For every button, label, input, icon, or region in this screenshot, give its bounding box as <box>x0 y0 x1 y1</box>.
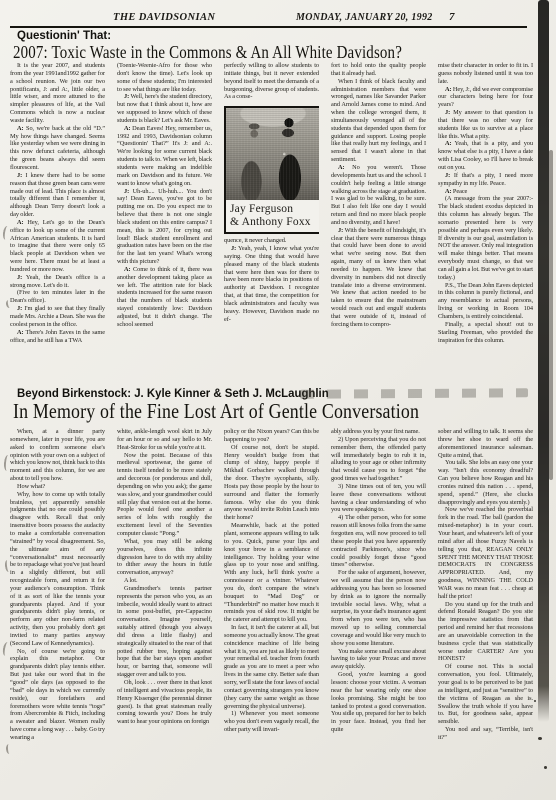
article2-column-5: sober and willing to talk. It seems she … <box>438 428 533 790</box>
paragraph: A: Dean Eaves! Hey, remember us, 1992 an… <box>117 125 212 188</box>
paragraph: 3) Nine times out of ten, you will leave… <box>331 483 426 514</box>
paragraph: Finally, a special shout! out to Starlin… <box>438 321 533 345</box>
paragraph: A: Hey, Let's go to the Dean's office to… <box>10 219 105 274</box>
paragraph: J: With the benefit of hindsight, it's c… <box>331 227 426 329</box>
paragraph: 1) Whenever you meet someone who you don… <box>224 710 319 734</box>
paragraph: Oh, look . . . over there in that knot o… <box>117 679 212 726</box>
paragraph: Now the point. Because of this medieval … <box>117 452 212 538</box>
paragraph: perfectly willing to allow students to i… <box>224 62 319 101</box>
paragraph: J: Uh-uh.... Uh-huh.... You don't say! D… <box>117 188 212 266</box>
paragraph: white, ankle-length wool skirt in July f… <box>117 428 212 452</box>
article1-body: It is the year 2007, and students from t… <box>10 62 533 385</box>
paragraph: mise their character in order to fit in.… <box>438 62 533 86</box>
page-number: 7 <box>449 11 455 23</box>
paragraph: Of course not. This is social conversati… <box>438 663 533 726</box>
article1-headline: 2007: Toxic Waste in the Commons & An Al… <box>13 42 402 63</box>
paragraph: A: So, we're back at the old “D.” My how… <box>10 125 105 172</box>
paragraph: Why, how to come up with totally brainle… <box>10 491 105 648</box>
paragraph: (A message from the year 2007:- The blac… <box>438 195 533 281</box>
paragraph: J: I knew there had to be some reason th… <box>10 172 105 219</box>
newspaper-page: THE DAVIDSONIAN MONDAY, JANUARY 20, 1992… <box>0 0 556 800</box>
paragraph: A: No you weren't. Those developments hu… <box>331 164 426 227</box>
paragraph: How what? <box>10 483 105 491</box>
paragraph: 2) Upon perceiving that you do not remem… <box>331 436 426 483</box>
paragraph: P.S., The Dean John Eaves depicted in th… <box>438 282 533 321</box>
scan-speck <box>534 700 536 702</box>
article1-column-2: (Toenie-Weenie-Afro for those who don't … <box>117 62 212 385</box>
photo-caption-line2: & Anthony Foxx <box>230 216 318 229</box>
article1-column-1: It is the year 2007, and students from t… <box>10 62 105 385</box>
article1-column-3-bottom: quence, it never changed.J: Yeah, yeah, … <box>224 237 319 323</box>
paragraph: Meanwhile, back at the potted plant, som… <box>224 522 319 624</box>
photo-caption: Jay Ferguson & Anthony Foxx <box>226 200 319 232</box>
paragraph: J: Yeah, yeah, I know what you're saying… <box>224 245 319 323</box>
article2-column-3: policy or the Nixon years? Can this be h… <box>224 428 319 790</box>
article1-column-5: mise their character in order to fit in.… <box>438 62 533 385</box>
paragraph: You nod and say, “Terrible, isn't it?” <box>438 726 533 742</box>
article2-column-1: When, at a dinner party somewhere, later… <box>10 428 105 790</box>
paragraph: In fact, it isn't the caterer at all, bu… <box>224 624 319 710</box>
paragraph: quence, it never changed. <box>224 237 319 245</box>
paragraph: J: If that's a pity, I need more sympath… <box>438 172 533 188</box>
paragraph: A: Come to think of it, there was anothe… <box>117 266 212 329</box>
paragraph: It is the year 2007, and students from t… <box>10 62 105 125</box>
issue-date: MONDAY, JANUARY 20, 1992 <box>296 12 433 23</box>
paragraph: For the sake of argument, however, we wi… <box>331 569 426 647</box>
photo-caption-line1: Jay Ferguson <box>230 203 318 216</box>
photo-box: Jay Ferguson & Anthony Foxx <box>224 106 319 234</box>
paragraph: fort to hold onto the quality people tha… <box>331 62 426 78</box>
article2-column-4: ably address you by your first name.2) U… <box>331 428 426 790</box>
paragraph: When I think of black faculty and admini… <box>331 78 426 164</box>
paragraph: Of course not, don't be stupid. Henry wo… <box>224 444 319 522</box>
students-photo <box>226 108 319 200</box>
paragraph: A: Peace <box>438 188 533 196</box>
article1-column-3: perfectly willing to allow students to i… <box>224 62 319 385</box>
paragraph: You make some small excuse about having … <box>331 648 426 672</box>
paragraph: J: Well, here's the student directory, b… <box>117 93 212 124</box>
paragraph: You talk. She lobs an easy one your way.… <box>438 459 533 506</box>
paragraph: Do you stand up for the truth and defend… <box>438 601 533 664</box>
scan-artifact-band-inner <box>549 150 553 480</box>
paragraph: policy or the Nixon years? Can this be h… <box>224 428 319 444</box>
paragraph: A: There's John Eaves in the same office… <box>10 329 105 345</box>
article2-headline: In Memory of the Fine Lost Art of Gentle… <box>13 399 419 424</box>
article1-kicker: Questionin' That: <box>17 30 111 42</box>
paragraph: (Five to ten minutes later in the Dean's… <box>10 289 105 305</box>
newspaper-name: THE DAVIDSONIAN <box>113 12 215 23</box>
paragraph: What, you may still be asking yourselves… <box>117 538 212 577</box>
article1-column-3-top: perfectly willing to allow students to i… <box>224 62 319 101</box>
paragraph: A: Yeah, that is a pity, and you know wh… <box>438 140 533 171</box>
paragraph: J: Yeah, the Dean's office is a strong m… <box>10 274 105 290</box>
paragraph: J: I'm glad to see that they finally mad… <box>10 305 105 329</box>
article2-column-2: white, ankle-length wool skirt in July f… <box>117 428 212 790</box>
paragraph: Grandmother's tennis partner represents … <box>117 585 212 679</box>
paragraph: When, at a dinner party somewhere, later… <box>10 428 105 483</box>
article1-column-4: fort to hold onto the quality people tha… <box>331 62 426 385</box>
article2-body: When, at a dinner party somewhere, later… <box>10 428 533 790</box>
paragraph: sober and willing to talk. It seems she … <box>438 428 533 459</box>
paragraph: (Toenie-Weenie-Afro for those who don't … <box>117 62 212 93</box>
paragraph: ably address you by your first name. <box>331 428 426 436</box>
scan-artifact-band <box>538 0 549 722</box>
paragraph: J: My answer to that question is that th… <box>438 109 533 140</box>
scan-speck <box>538 737 542 740</box>
paragraph: A lot. <box>117 577 212 585</box>
header-rule <box>10 26 527 28</box>
scan-speck <box>544 766 547 769</box>
paragraph: Now we've reached the proverbial fork in… <box>438 506 533 600</box>
paragraph: Good, you're learning a good lesson: cho… <box>331 671 426 734</box>
ink-smudge <box>300 388 528 399</box>
article2-kicker: Beyond Birkenstock: J. Kyle Kinner & Set… <box>17 386 329 400</box>
paragraph: A: Hey, J:, did we ever compromise our c… <box>438 86 533 110</box>
paragraph: 4) The other person, who for some reason… <box>331 514 426 569</box>
paragraph: No, of course we're going to explain thi… <box>10 648 105 742</box>
